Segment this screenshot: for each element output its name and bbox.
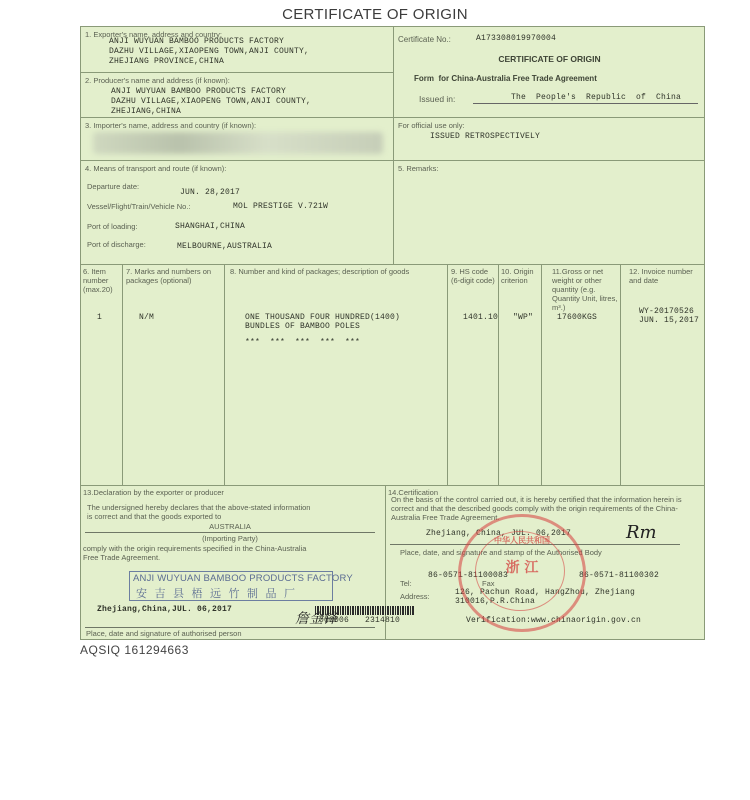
certificate-form: 1. Exporter's name, address and country:… — [80, 26, 705, 640]
loading-label: Port of loading: — [87, 222, 137, 231]
producer-line-3: ZHEJIANG,CHINA — [111, 107, 181, 117]
description-line-2: BUNDLES OF BAMBOO POLES — [245, 322, 360, 332]
barcode — [315, 606, 415, 615]
company-stamp: ANJI WUYUAN BAMBOO PRODUCTS FACTORY 安 吉 … — [129, 571, 333, 601]
transport-label: 4. Means of transport and route (if know… — [85, 164, 226, 173]
form-subtitle: Form for China-Australia Free Trade Agre… — [414, 74, 597, 83]
declaration-text-2: comply with the origin requirements spec… — [83, 544, 313, 562]
remarks-label: 5. Remarks: — [398, 164, 438, 173]
marks-column: 7. Marks and numbers on packages (option… — [123, 265, 225, 486]
item-number-value: 1 — [97, 313, 102, 323]
official-use-box: For official use only: ISSUED RETROSPECT… — [394, 118, 705, 161]
origin-criterion-value: "WP" — [513, 313, 533, 323]
departure-value: JUN. 28,2017 — [180, 188, 240, 198]
declaration-place-date: Zhejiang,China,JUL. 06,2017 — [97, 605, 232, 615]
invoice-date: JUN. 15,2017 — [639, 316, 699, 326]
quantity-column: 11.Gross or net weight or other quantity… — [542, 265, 621, 486]
marks-value: N/M — [139, 313, 154, 323]
company-stamp-en: ANJI WUYUAN BAMBOO PRODUCTS FACTORY — [133, 573, 353, 584]
loading-value: SHANGHAI,CHINA — [175, 222, 245, 232]
tel-label: Tel: — [400, 579, 412, 588]
certification-box: 14.Certification On the basis of the con… — [386, 486, 705, 639]
vessel-label: Vessel/Flight/Train/Vehicle No.: — [87, 202, 191, 211]
remarks-box: 5. Remarks: — [394, 161, 705, 265]
issued-in-value: The People's Republic of China — [473, 93, 698, 104]
vessel-value: MOL PRESTIGE V.721W — [233, 202, 328, 212]
quantity-header: 11.Gross or net weight or other quantity… — [552, 267, 620, 312]
barcode-number-left: 000006 — [319, 616, 349, 626]
producer-label: 2. Producer's name and address (if known… — [85, 76, 230, 85]
description-filler: *** *** *** *** *** — [245, 338, 360, 348]
marks-header: 7. Marks and numbers on packages (option… — [126, 267, 224, 285]
invoice-column: 12. Invoice number and date WY-20170526 … — [621, 265, 705, 486]
producer-line-1: ANJI WUYUAN BAMBOO PRODUCTS FACTORY — [111, 87, 286, 97]
producer-box: 2. Producer's name and address (if known… — [81, 73, 394, 118]
hs-code-header: 9. HS code (6-digit code) — [451, 267, 496, 285]
authority-stamp-top-text: 中华人民共和国 — [461, 535, 583, 546]
company-stamp-cn: 安 吉 县 梧 远 竹 制 品 厂 — [136, 585, 297, 601]
hs-code-column: 9. HS code (6-digit code) 1401.10 — [448, 265, 499, 486]
importer-redacted-value — [93, 132, 383, 154]
declaration-signature-line — [85, 627, 375, 628]
certificate-heading: CERTIFICATE OF ORIGIN — [394, 54, 705, 64]
importer-label: 3. Importer's name, address and country … — [85, 121, 256, 130]
importing-party-label: (Importing Party) — [85, 534, 375, 543]
certificate-no-label: Certificate No.: — [398, 35, 451, 44]
declaration-label: 13.Declaration by the exporter or produc… — [83, 488, 224, 497]
aqsiq-code: AQSIQ 161294663 — [80, 643, 189, 657]
discharge-value: MELBOURNE,AUSTRALIA — [177, 242, 272, 252]
item-number-header: 6. Item number (max.20) — [83, 267, 121, 294]
certification-signature: Rm — [626, 522, 657, 543]
hs-code-value: 1401.10 — [463, 313, 498, 323]
authority-stamp-center: 浙 江 — [461, 557, 583, 577]
origin-criterion-header: 10. Origin criterion — [501, 267, 541, 285]
certificate-header-box: Certificate No.: A173308019970004 CERTIF… — [394, 27, 705, 118]
origin-criterion-column: 10. Origin criterion "WP" — [499, 265, 542, 486]
quantity-value: 17600KGS — [557, 313, 597, 323]
declaration-footer-label: Place, date and signature of authorised … — [86, 629, 242, 638]
importer-box: 3. Importer's name, address and country … — [81, 118, 394, 161]
address-label: Address: — [400, 592, 430, 601]
official-use-label: For official use only: — [398, 121, 465, 130]
exporter-line-3: ZHEJIANG PROVINCE,CHINA — [109, 57, 224, 67]
invoice-header: 12. Invoice number and date — [629, 267, 703, 285]
transport-box: 4. Means of transport and route (if know… — [81, 161, 394, 265]
exporter-line-2: DAZHU VILLAGE,XIAOPENG TOWN,ANJI COUNTY, — [109, 47, 309, 57]
description-column: 8. Number and kind of packages; descript… — [225, 265, 448, 486]
item-number-column: 6. Item number (max.20) 1 — [81, 265, 123, 486]
declaration-text-1: The undersigned hereby declares that the… — [87, 503, 317, 521]
certificate-no-value: A173308019970004 — [476, 34, 556, 44]
fax-value: 86-0571-81100302 — [579, 571, 659, 581]
description-header: 8. Number and kind of packages; descript… — [230, 267, 430, 276]
discharge-label: Port of discharge: — [87, 240, 146, 249]
exporter-box: 1. Exporter's name, address and country:… — [81, 27, 394, 73]
departure-label: Departure date: — [87, 182, 139, 191]
authority-stamp: 中华人民共和国 浙 江 — [458, 514, 586, 632]
exporter-line-1: ANJI WUYUAN BAMBOO PRODUCTS FACTORY — [109, 37, 284, 47]
issued-in-label: Issued in: — [419, 95, 455, 104]
producer-line-2: DAZHU VILLAGE,XIAOPENG TOWN,ANJI COUNTY, — [111, 97, 311, 107]
barcode-number-right: 2314810 — [365, 616, 400, 626]
importing-country: AUSTRALIA — [85, 522, 375, 533]
official-use-value: ISSUED RETROSPECTIVELY — [430, 132, 540, 142]
document-title: CERTIFICATE OF ORIGIN — [0, 6, 750, 23]
